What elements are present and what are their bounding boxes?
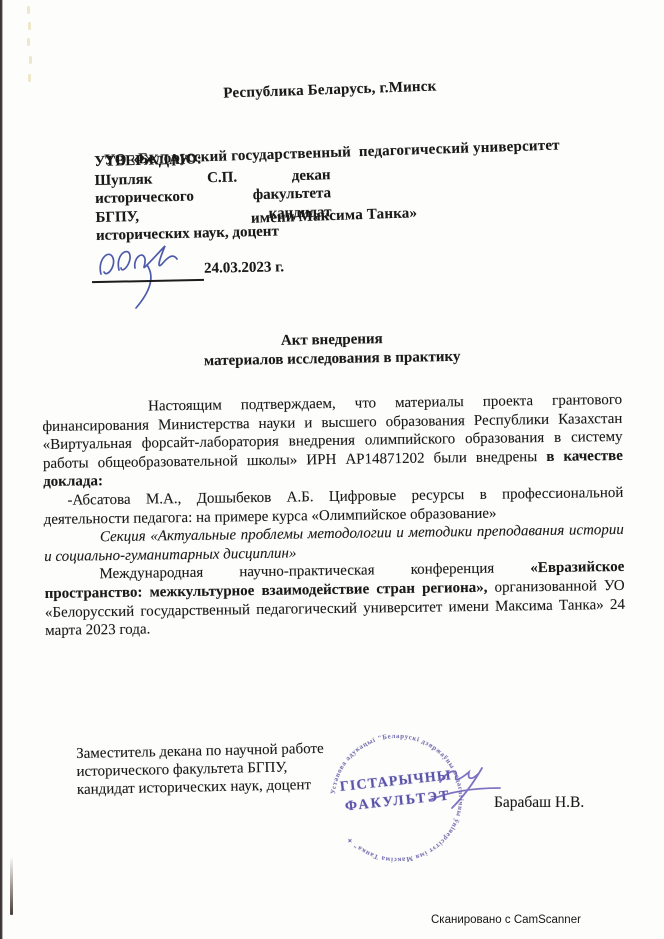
scanned-document-page: Республика Беларусь, г.Минск УО «Белорус… [0,0,664,939]
document-title: Акт внедрения материалов исследования в … [0,325,664,375]
paragraph-grant: Настоящим подтверждаем, что материалы пр… [42,391,623,492]
document-body: Настоящим подтверждаем, что материалы пр… [42,391,625,641]
signer-block: Заместитель декана по научной работе ист… [76,741,325,800]
approve-word: кандидат [268,203,331,223]
paragraph-conference: Международная научно-практическая конфер… [44,558,625,640]
approval-date: 24.03.2023 г. [204,259,284,277]
approve-word: С.П. [207,168,237,187]
dean-signature-ink [94,238,209,310]
approve-word: Шупляк [94,170,152,190]
deputy-signature-ink [412,760,507,818]
paragraph-grant-text: Настоящим подтверждаем, что материалы пр… [42,392,622,472]
camscanner-watermark: Сканировано с CamScanner [431,914,581,926]
scan-speck [28,22,31,30]
approve-word: исторического [95,188,194,209]
signer-name: Барабаш Н.В. [494,794,584,812]
scan-speck [27,6,30,14]
approve-word: декан [292,166,331,186]
approve-word: БГПУ, [95,208,139,228]
scan-line-artifact [10,857,13,915]
header-line-country: Республика Беларусь, г.Минск [0,69,662,112]
approve-word: факультета [253,184,332,205]
scan-speck [27,38,30,46]
approval-block: УТВЕРЖДАЮ: Шупляк С.П. декан историческо… [94,147,332,246]
